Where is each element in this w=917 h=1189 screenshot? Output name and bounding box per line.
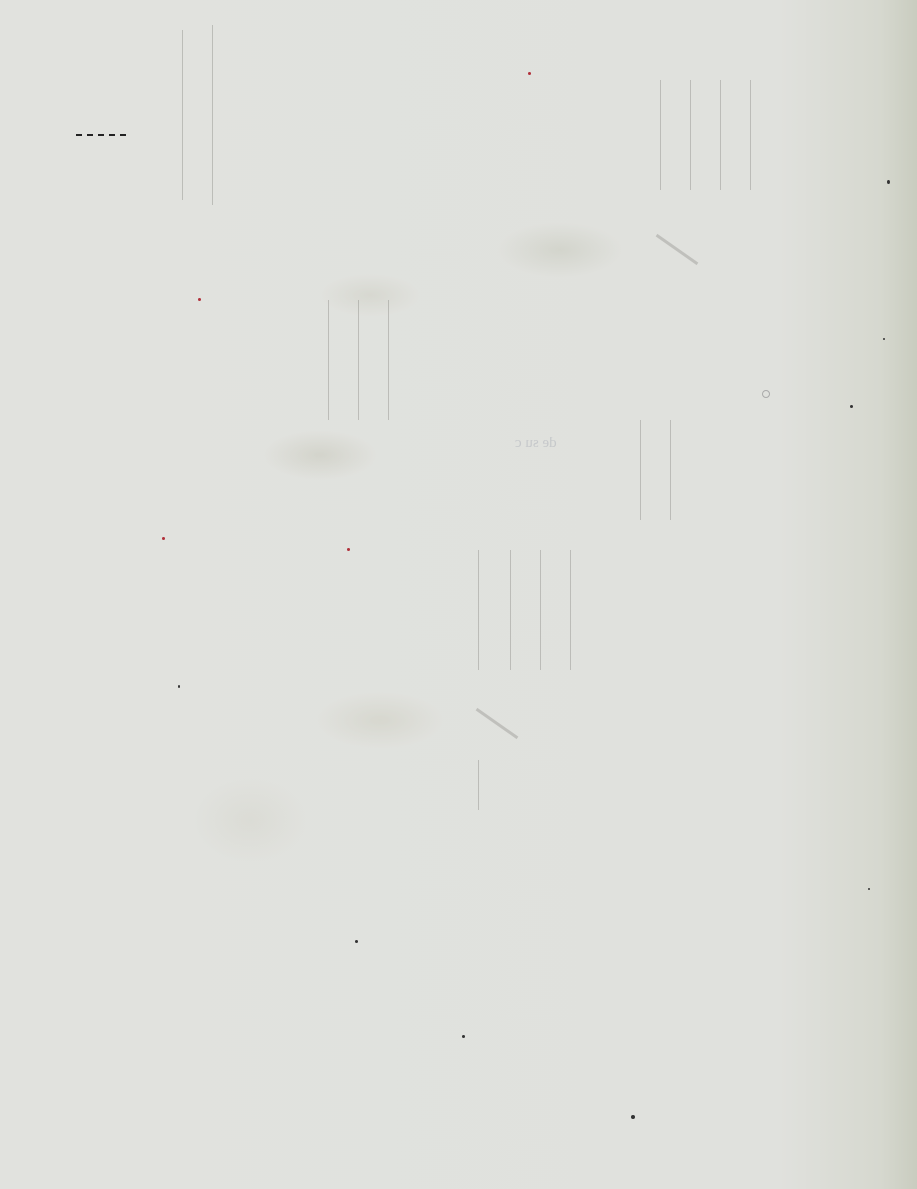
bleed-line bbox=[212, 25, 213, 205]
speck bbox=[528, 72, 531, 75]
bleed-line bbox=[510, 550, 511, 670]
speck bbox=[198, 298, 201, 301]
bleed-line bbox=[570, 550, 571, 670]
speck bbox=[631, 1115, 635, 1119]
speck bbox=[850, 405, 853, 408]
bleed-line bbox=[358, 300, 359, 420]
bleed-line bbox=[660, 80, 661, 190]
bleed-line bbox=[640, 420, 641, 520]
speck bbox=[178, 685, 180, 688]
speck bbox=[762, 390, 770, 398]
bleed-line bbox=[750, 80, 751, 190]
pen-mark bbox=[76, 134, 126, 138]
bleed-line bbox=[670, 420, 671, 520]
speck bbox=[162, 537, 165, 540]
bleed-mark bbox=[476, 708, 519, 739]
bleed-line bbox=[388, 300, 389, 420]
speck bbox=[883, 338, 885, 340]
speck bbox=[868, 888, 870, 890]
bleed-line bbox=[690, 80, 691, 190]
blank-page: de su c bbox=[0, 0, 917, 1189]
speck bbox=[462, 1035, 465, 1038]
bleed-line bbox=[540, 550, 541, 670]
bleed-line bbox=[328, 300, 329, 420]
speck bbox=[887, 180, 890, 184]
bleed-line bbox=[478, 760, 479, 810]
speck bbox=[355, 940, 358, 943]
bleed-line bbox=[478, 550, 479, 670]
bleed-mark bbox=[656, 234, 699, 265]
bleed-through-text: de su c bbox=[515, 435, 557, 452]
speck bbox=[347, 548, 350, 551]
bleed-line bbox=[720, 80, 721, 190]
bleed-line bbox=[182, 30, 183, 200]
